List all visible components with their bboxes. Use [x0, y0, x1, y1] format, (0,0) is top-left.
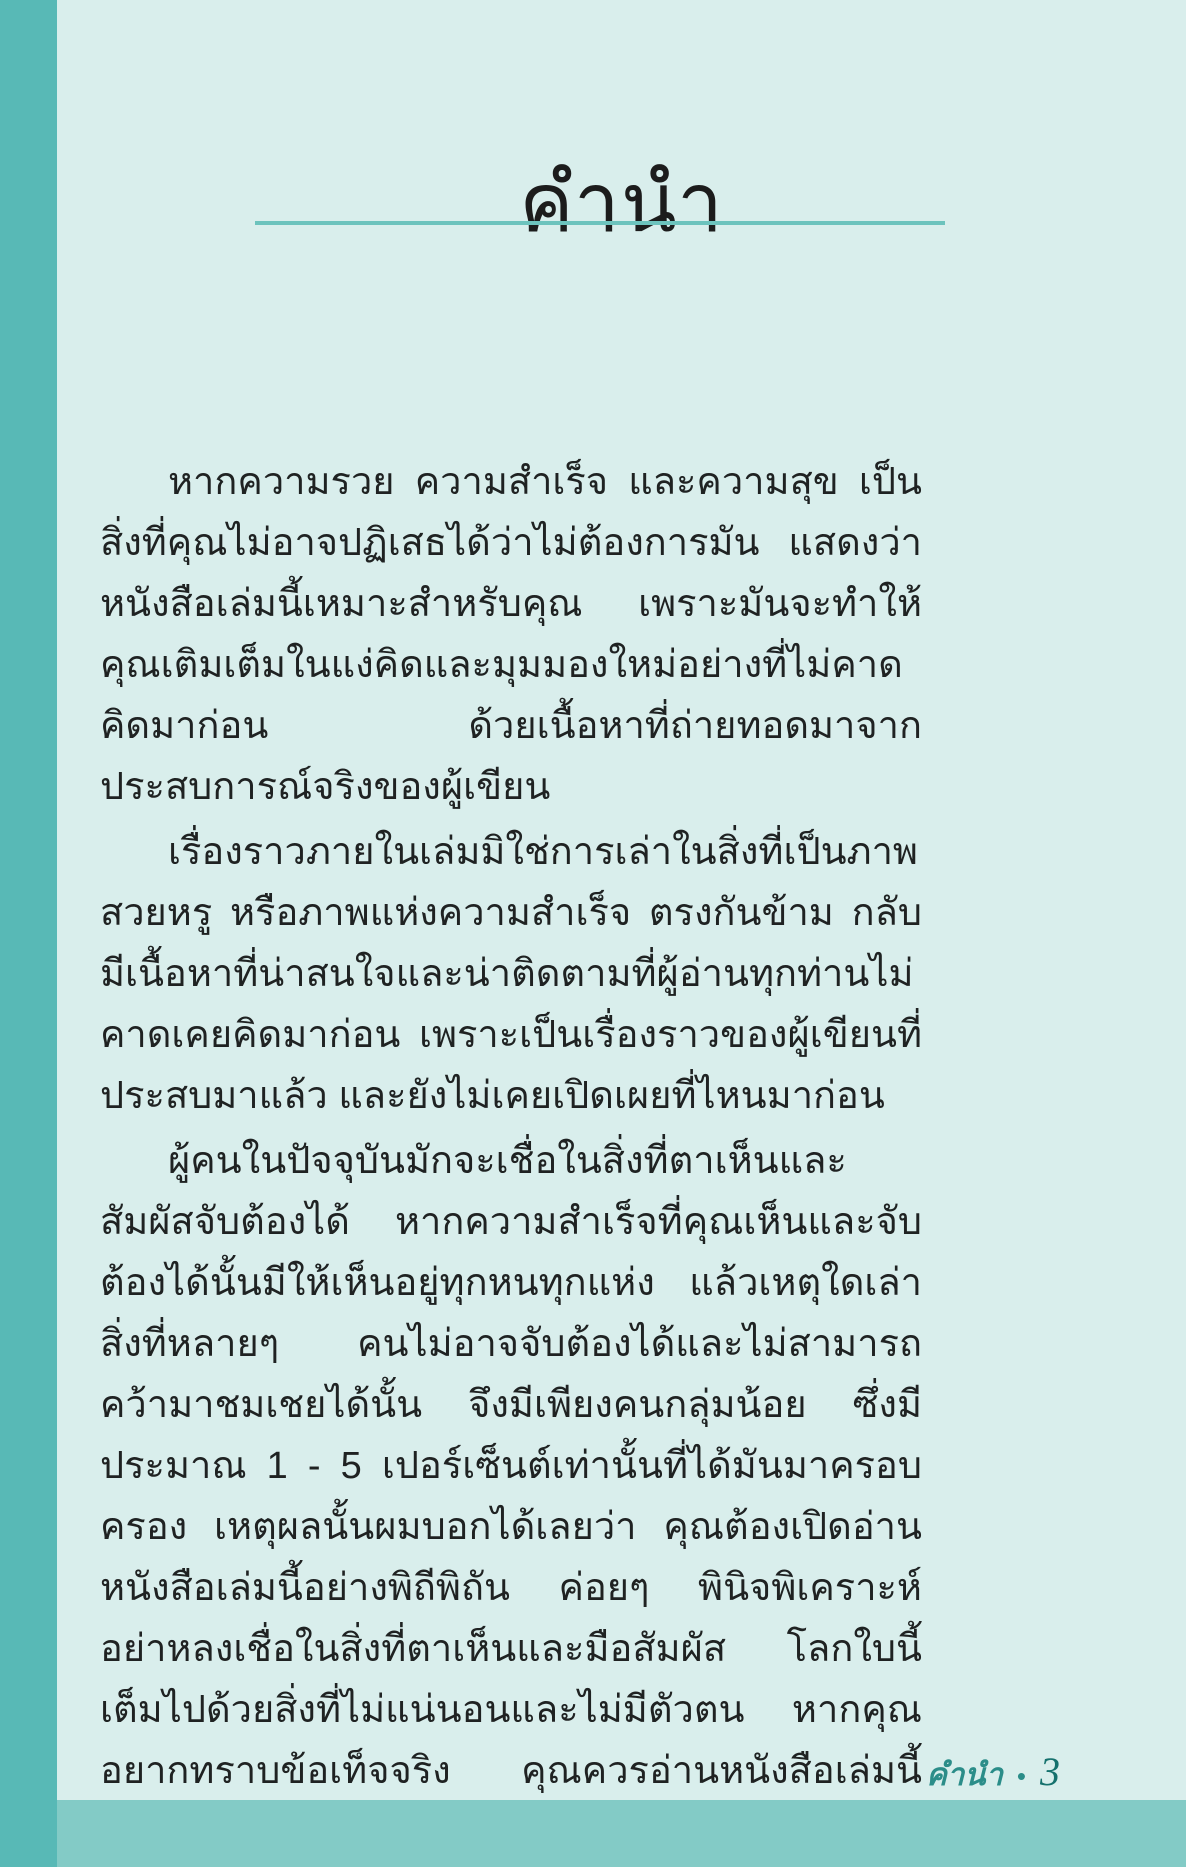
- paragraph-1: หากความรวย ความสำเร็จ และความสุข เป็นสิ่…: [100, 452, 922, 818]
- preface-body: หากความรวย ความสำเร็จ และความสุข เป็นสิ่…: [100, 452, 922, 1867]
- book-page: คำนำ หากความรวย ความสำเร็จ และความสุข เป…: [0, 0, 1186, 1867]
- page-number: 3: [1040, 1748, 1060, 1795]
- title-underline-rule: [255, 221, 945, 225]
- chapter-title: คำนำ: [57, 151, 1186, 258]
- left-accent-bar: [0, 0, 57, 1867]
- page-footer: คำนำ • 3: [926, 1748, 1060, 1799]
- footer-section-label: คำนำ: [926, 1749, 1003, 1799]
- bottom-accent-band: [57, 1800, 1186, 1867]
- paragraph-3: ผู้คนในปัจจุบันมักจะเชื่อในสิ่งที่ตาเห็น…: [100, 1131, 922, 1863]
- footer-bullet: •: [1017, 1761, 1026, 1792]
- paragraph-2: เรื่องราวภายในเล่มมิใช่การเล่าในสิ่งที่เ…: [100, 822, 922, 1127]
